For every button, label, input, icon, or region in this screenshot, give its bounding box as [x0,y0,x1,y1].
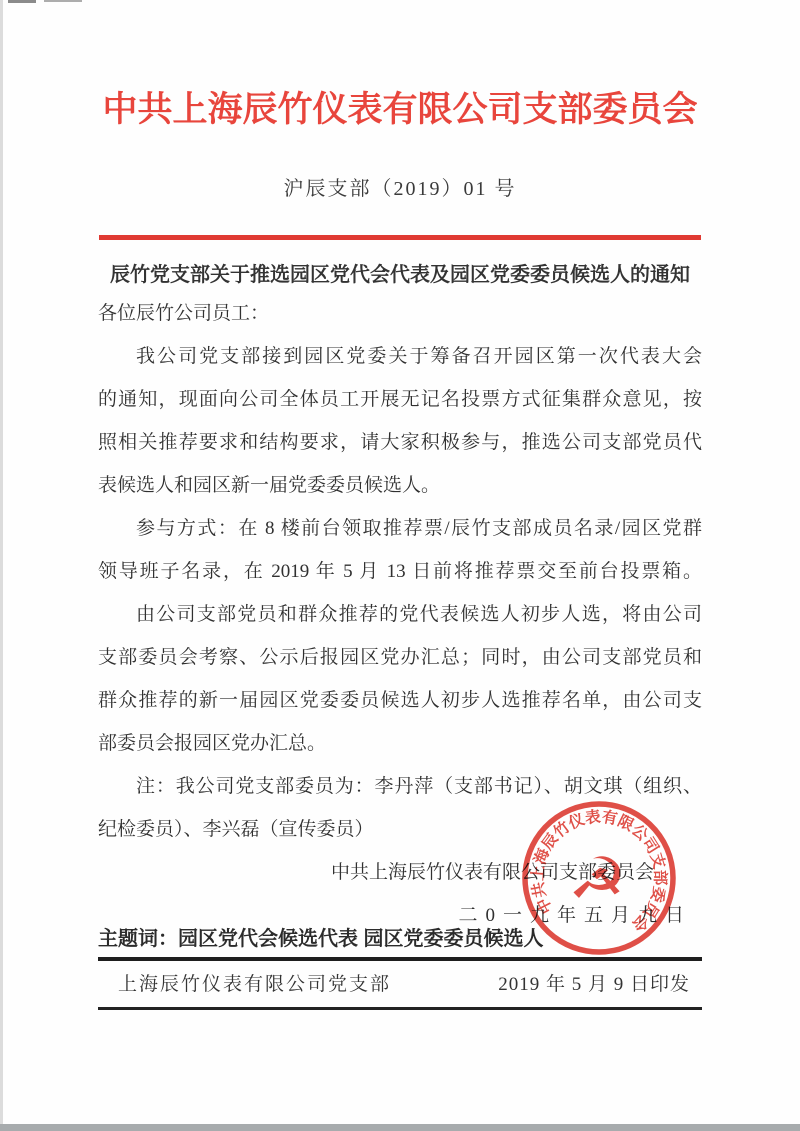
org-title: 中共上海辰竹仪表有限公司支部委员会 [98,88,702,132]
salutation: 各位辰竹公司员工： [98,292,702,335]
scan-smudge [8,0,36,3]
body-line: 部委员会报园区党办汇总。 [98,722,702,765]
body-line: 支部委员会考察、公示后报园区党办汇总；同时，由公司支部党员和 [98,636,702,679]
scan-edge-bottom [0,1124,800,1131]
body-line: 领导班子名录，在 2019 年 5 月 13 日前将推荐票交至前台投票箱。 [98,550,702,593]
subject-keywords: 主题词：园区党代会候选代表 园区党委委员候选人 [98,922,702,956]
footer-print-date: 2019 年 5 月 9 日印发 [498,966,702,1004]
footer-row: 上海辰竹仪表有限公司党支部 2019 年 5 月 9 日印发 [98,966,702,1004]
body-line: 的通知，现面向公司全体员工开展无记名投票方式征集群众意见，按 [98,378,702,421]
body-line: 我公司党支部接到园区党委关于筹备召开园区第一次代表大会 [98,335,702,378]
footer-issuer: 上海辰竹仪表有限公司党支部 [98,966,391,1004]
scan-edge-left [0,0,3,1131]
hammer-sickle-icon: ☭ [565,839,632,921]
scan-smudge [44,0,82,2]
document-page: 中共上海辰竹仪表有限公司支部委员会 沪辰支部（2019）01 号 辰竹党支部关于… [0,0,800,1131]
body-line: 表候选人和园区新一届党委委员候选人。 [98,464,702,507]
notice-title: 辰竹党支部关于推选园区党代会代表及园区党委委员候选人的通知 [98,258,702,287]
body-line: 参与方式：在 8 楼前台领取推荐票/辰竹支部成员名录/园区党群 [98,507,702,550]
body-line: 由公司支部党员和群众推荐的党代表候选人初步人选，将由公司 [98,593,702,636]
doc-number: 沪辰支部（2019）01 号 [98,172,702,201]
body-line: 照相关推荐要求和结构要求，请大家积极参与，推选公司支部党员代 [98,421,702,464]
body-line: 群众推荐的新一届园区党委委员候选人初步人选推荐名单，由公司支 [98,679,702,722]
red-divider-rule [99,235,701,240]
footer-bottom-rule [98,1007,702,1010]
footer-top-rule [98,957,702,961]
